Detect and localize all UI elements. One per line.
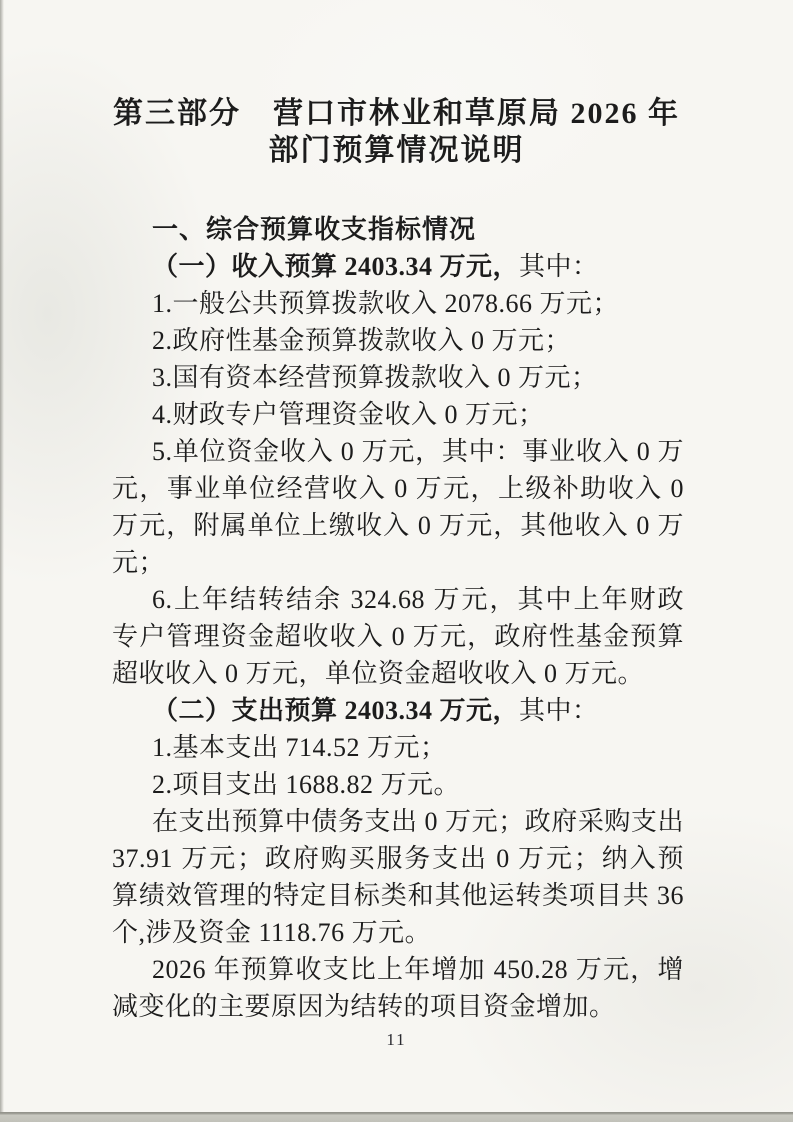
income-item-1: 1.一般公共预算拨款收入 2078.66 万元； bbox=[112, 285, 684, 322]
expense-budget-heading-rest: 其中： bbox=[519, 696, 599, 725]
income-budget-heading-rest: 其中： bbox=[519, 252, 599, 281]
document-body: 一、综合预算收支指标情况 （一）收入预算 2403.34 万元，其中： 1.一般… bbox=[112, 211, 684, 1025]
income-budget-heading: （一）收入预算 2403.34 万元，其中： bbox=[112, 248, 684, 285]
yoy-change-paragraph: 2026 年预算收支比上年增加 450.28 万元，增减变化的主要原因为结转的项… bbox=[112, 951, 684, 1025]
scan-left-edge-shadow bbox=[0, 0, 4, 1122]
expense-budget-heading-bold: （二）支出预算 2403.34 万元， bbox=[152, 696, 519, 725]
page-number: 11 bbox=[0, 1030, 793, 1050]
expense-item-1: 1.基本支出 714.52 万元； bbox=[112, 729, 684, 766]
section-heading-overview: 一、综合预算收支指标情况 bbox=[112, 211, 684, 248]
document-title-line-1: 第三部分 营口市林业和草原局 2026 年 bbox=[0, 95, 793, 132]
expense-budget-heading: （二）支出预算 2403.34 万元，其中： bbox=[112, 692, 684, 729]
scanned-document-page: 第三部分 营口市林业和草原局 2026 年 部门预算情况说明 一、综合预算收支指… bbox=[0, 0, 793, 1122]
income-item-3: 3.国有资本经营预算拨款收入 0 万元； bbox=[112, 359, 684, 396]
income-item-5: 5.单位资金收入 0 万元，其中：事业收入 0 万元，事业单位经营收入 0 万元… bbox=[112, 433, 684, 581]
expense-detail-paragraph: 在支出预算中债务支出 0 万元；政府采购支出 37.91 万元；政府购买服务支出… bbox=[112, 803, 684, 951]
document-title: 第三部分 营口市林业和草原局 2026 年 部门预算情况说明 bbox=[0, 0, 793, 169]
income-item-4: 4.财政专户管理资金收入 0 万元； bbox=[112, 396, 684, 433]
expense-item-2: 2.项目支出 1688.82 万元。 bbox=[112, 766, 684, 803]
income-item-6: 6.上年结转结余 324.68 万元，其中上年财政专户管理资金超收收入 0 万元… bbox=[112, 581, 684, 692]
scan-bottom-edge-shadow bbox=[0, 1112, 793, 1122]
income-item-2: 2.政府性基金预算拨款收入 0 万元； bbox=[112, 322, 684, 359]
document-title-line-2: 部门预算情况说明 bbox=[0, 132, 793, 169]
income-budget-heading-bold: （一）收入预算 2403.34 万元， bbox=[152, 252, 519, 281]
